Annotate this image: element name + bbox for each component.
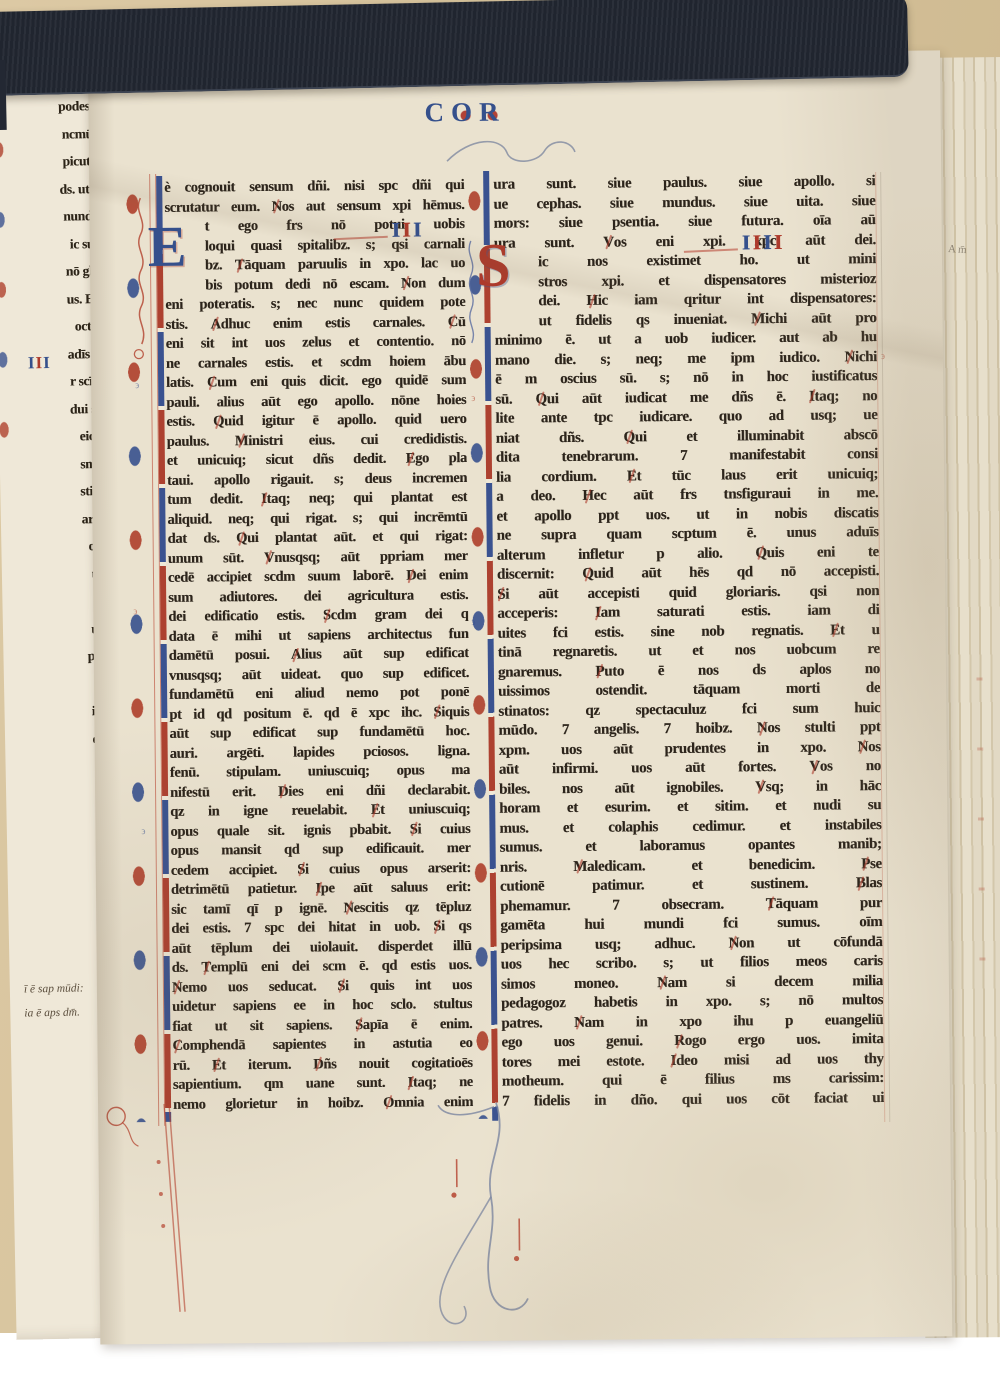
letter: C xyxy=(424,97,451,127)
text-line: sapientium. qm uane sunt. Itaq; ne xyxy=(173,1073,473,1095)
rubricated-capital: D xyxy=(313,1055,323,1074)
rubricated-capital: D xyxy=(406,566,416,585)
text-line: eni poteratis. s; nec nunc quidem pote xyxy=(165,293,465,315)
rubricated-capital: N xyxy=(172,978,182,997)
text-column-right: ura sunt. siue paulus. siue apollo. siue… xyxy=(493,172,884,1112)
rubricated-capital: S xyxy=(297,860,305,879)
rubricated-capital: P xyxy=(595,662,604,681)
text-line: dei estis. 7 spc dei hitat in uob. Si qs xyxy=(171,917,471,939)
margin-tie-mark: ϶ xyxy=(141,826,145,837)
rubricated-capital: N xyxy=(844,348,855,367)
rubricated-capital: T xyxy=(201,958,211,977)
rubricated-capital: I xyxy=(595,604,601,623)
rubricated-capital: N xyxy=(757,719,768,738)
text-line: è cognouit sensum dñi. nisi spc dñi qui xyxy=(164,176,464,198)
rubricated-capital: S xyxy=(433,703,441,722)
margin-tie-mark: ϶ xyxy=(133,606,137,617)
previous-page-chapter-numeral: III xyxy=(28,353,51,373)
rubricated-capital: N xyxy=(272,197,282,216)
text-line: damētū posui. Alius aūt sup edificat xyxy=(169,644,469,666)
rubricated-capital: C xyxy=(207,373,217,392)
rubricated-capital: V xyxy=(809,758,820,777)
rubricated-capital: E xyxy=(406,449,416,468)
text-column-left: è cognouit sensum dñi. nisi spc dñi quis… xyxy=(164,176,473,1115)
letter: I xyxy=(402,217,413,241)
rubricated-capital: A xyxy=(291,646,301,665)
letter: R xyxy=(479,97,506,127)
rubricated-capital: H xyxy=(582,487,594,506)
chapter-numeral-III: III xyxy=(392,219,424,240)
text-line: eni sit int uos zelus et contentio. nō xyxy=(166,332,466,354)
rubricated-capital: I xyxy=(670,1052,676,1071)
letter: I xyxy=(43,353,51,372)
rubricated-capital: D xyxy=(278,782,288,801)
rubricated-capital: M xyxy=(573,857,587,876)
rubricated-capital: S xyxy=(433,917,441,936)
right-margin-note: A m̄ xyxy=(948,243,967,256)
rubricated-capital: E xyxy=(212,1056,222,1075)
rubricated-capital: N xyxy=(728,934,739,953)
text-line: detrimētū patietur. Ipe aūt saluus erit: xyxy=(171,878,471,900)
text-line: cedē accipiet scdm suum laborē. Dei enim xyxy=(168,566,468,588)
rubricated-capital: Q xyxy=(755,544,767,563)
rubricated-capital: C xyxy=(448,313,458,332)
rubricated-capital: V xyxy=(603,233,614,252)
running-title: COR xyxy=(424,97,505,129)
rubricated-capital: I xyxy=(315,879,320,898)
text-line: fenū. stipulam. uniuscuiq; opus ma xyxy=(170,761,470,783)
rubricated-capital: Q xyxy=(623,428,635,447)
rubricated-capital: T xyxy=(235,256,245,275)
rubricated-capital: M xyxy=(235,432,249,451)
rubricated-capital: Q xyxy=(582,565,594,584)
rubricated-capital: I xyxy=(809,387,815,406)
text-line: uidetur sapiens ee in hoc sclo. stultus xyxy=(172,995,472,1017)
rubricated-capital: S xyxy=(337,977,345,996)
photo-scene: A m̄ podes. ñncmūdipicutes.ds. ut cōnund… xyxy=(0,0,1000,1333)
initial-penwork-red xyxy=(129,194,153,370)
margin-tie-mark: ϶ xyxy=(135,380,139,391)
decorated-initial-E: E xyxy=(148,218,187,276)
rubricated-capital: Q xyxy=(213,412,224,431)
rubricated-capital: T xyxy=(766,895,776,914)
margin-tie-mark: ϶ xyxy=(471,617,475,628)
rubricated-capital: N xyxy=(401,274,411,293)
text-line: ds. Templū eni dei scm ē. qd estis uos. xyxy=(172,956,472,978)
text-line: tum dedit. Itaq; neq; qui plantat est xyxy=(167,488,467,510)
rubricated-capital: Q xyxy=(236,529,247,548)
rubricated-capital: S xyxy=(355,1016,363,1035)
title-pen-flourish xyxy=(441,130,581,173)
letter: I xyxy=(742,230,753,254)
letter: I xyxy=(413,217,424,241)
rubricated-capital: E xyxy=(830,621,840,640)
margin-tie-mark: ϶ xyxy=(881,351,885,362)
text-line: bz. Tāquam paruulis in xpo. lac uo xyxy=(165,254,465,276)
fore-edge-red-ticks xyxy=(976,677,985,977)
text-line: Comphendā sapientes in astutia eo xyxy=(172,1034,472,1056)
rubricated-capital: V xyxy=(264,548,274,567)
rubricated-capital: R xyxy=(674,1032,685,1051)
rubricated-capital: N xyxy=(657,974,668,993)
margin-tie-mark: ϶ xyxy=(471,393,475,404)
rubricated-capital: H xyxy=(586,292,598,311)
letter: O xyxy=(451,97,479,127)
text-line: fundamētū eni aliud nemo pot ponē xyxy=(169,683,469,705)
rubricated-capital: Q xyxy=(535,390,547,409)
text-line: qz in igne reuelabit. Et uniuscuiq; xyxy=(170,800,470,822)
initial-penwork-blue xyxy=(462,239,481,359)
decorated-initial-S: S xyxy=(476,235,511,297)
rubricated-capital: E xyxy=(627,467,637,486)
text-line: et unicuiq; sicut dñs dedit. Ego pla xyxy=(167,449,467,471)
rubricated-capital: B xyxy=(856,874,866,893)
text-line: latis. Cum eni quis dicit. ego quidē sum xyxy=(166,371,466,393)
chapter-numeral-IIII: IIII xyxy=(742,232,785,253)
rubricated-capital: N xyxy=(343,899,353,918)
text-line: estis. Quid igitur ē apollo. quid uero xyxy=(166,410,466,432)
manuscript-page: COR ϶ ϶ ϶ ϶ ϶ ϶ è cognouit sensum dñi. n… xyxy=(88,50,952,1333)
rubricated-capital: A xyxy=(210,315,220,334)
letter: I xyxy=(392,218,403,242)
rubricated-capital: N xyxy=(574,1013,585,1032)
text-line: dat ds. Qui plantat aūt. et qui rigat: xyxy=(168,527,468,549)
rubricated-capital: S xyxy=(410,820,418,839)
rubricated-capital: C xyxy=(172,1037,182,1056)
rubricated-capital: O xyxy=(383,1093,394,1112)
rubricated-capital: E xyxy=(371,801,381,820)
letter: I xyxy=(752,230,763,254)
left-rail-bottom-flourish xyxy=(98,1101,250,1322)
rubricated-capital: P xyxy=(861,855,870,874)
rubricated-capital: V xyxy=(755,778,766,797)
letter: I xyxy=(774,230,785,254)
text-line: aūt sup edificat sup fundamētū hoc. xyxy=(169,722,469,744)
rubricated-capital: N xyxy=(857,738,868,757)
rubricated-capital: I xyxy=(408,1074,413,1093)
text-line: opus mansit qd sup edificauit. mer xyxy=(171,839,471,861)
rubricated-capital: I xyxy=(261,490,266,509)
rubricated-capital: M xyxy=(751,310,765,329)
letter: I xyxy=(763,230,774,254)
text-line: dei edificatio estis. Scdm gram dei q xyxy=(168,605,468,627)
rubricated-capital: S xyxy=(323,606,331,625)
intercolumn-bottom-flourish xyxy=(398,1100,611,1333)
rubricated-capital: S xyxy=(497,585,505,604)
